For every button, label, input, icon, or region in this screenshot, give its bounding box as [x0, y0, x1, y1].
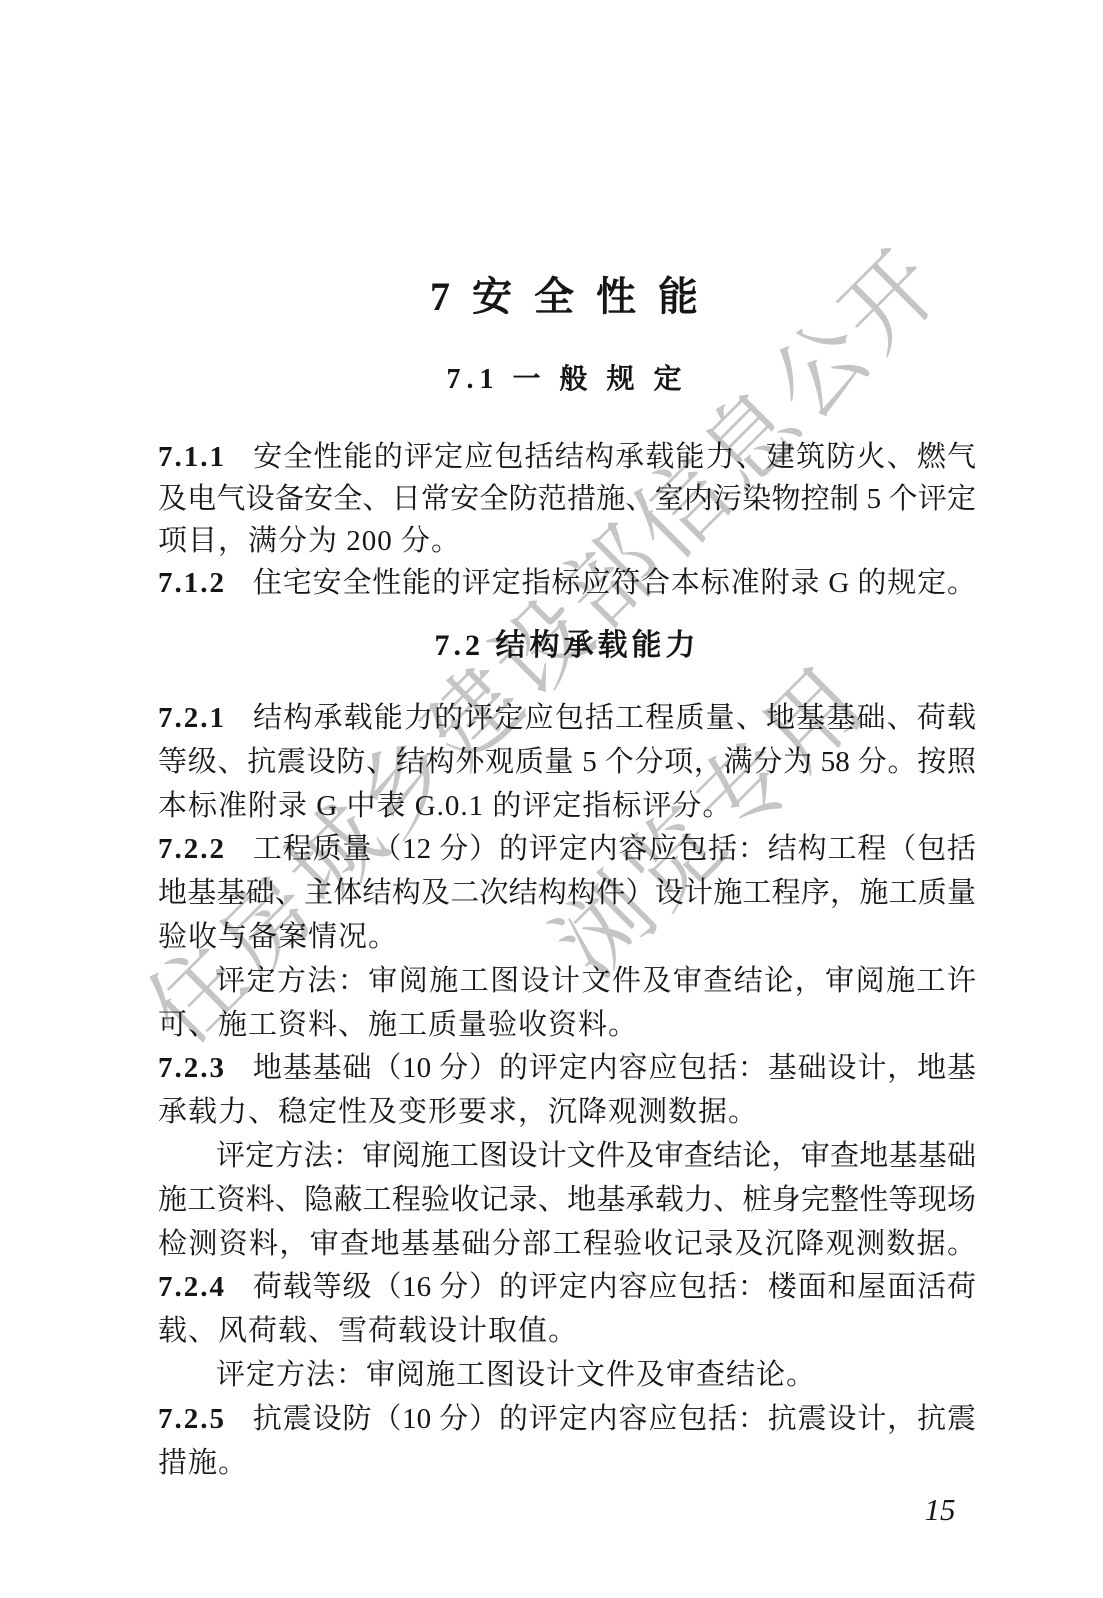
line-text: 施工资料、隐蔽工程验收记录、地基承载力、桩身完整性等现场 [158, 1184, 976, 1216]
clause-number: 7.2.1 [158, 702, 226, 734]
body-section-7-1: 7.1.1安全性能的评定应包括结构承载能力、建筑防火、燃气及电气设备安全、日常安… [158, 436, 976, 604]
text-line: 地基基础、主体结构及二次结构构件）设计施工程序，施工质量 [158, 872, 976, 916]
line-text: 检测资料，审查地基基础分部工程验收记录及沉降观测数据。 [158, 1228, 976, 1260]
clause-number: 7.1.1 [158, 441, 226, 473]
section-heading-7-2: 7.2 结构承载能力 [158, 627, 976, 665]
line-text: 评定方法：审阅施工图设计文件及审查结论。 [216, 1359, 816, 1391]
line-text: 工程质量（12 分）的评定内容应包括：结构工程（包括 [252, 833, 976, 865]
clause-line: 7.2.2工程质量（12 分）的评定内容应包括：结构工程（包括 [158, 828, 976, 872]
line-text: 及电气设备安全、日常安全防范措施、室内污染物控制 5 个评定 [158, 483, 976, 515]
text-line: 可、施工资料、施工质量验收资料。 [158, 1004, 976, 1048]
body-section-7-2: 7.2.1结构承载能力的评定应包括工程质量、地基基础、荷载等级、抗震设防、结构外… [158, 697, 976, 1485]
text-line: 检测资料，审查地基基础分部工程验收记录及沉降观测数据。 [158, 1223, 976, 1267]
text-line: 施工资料、隐蔽工程验收记录、地基承载力、桩身完整性等现场 [158, 1179, 976, 1223]
clause-number: 7.1.2 [158, 567, 226, 599]
clause-line: 7.1.1安全性能的评定应包括结构承载能力、建筑防火、燃气 [158, 436, 976, 478]
line-text: 措施。 [158, 1447, 248, 1479]
clause-number: 7.2.3 [158, 1052, 226, 1084]
line-text: 地基基础（10 分）的评定内容应包括：基础设计，地基 [252, 1052, 976, 1084]
clause-number: 7.2.2 [158, 833, 226, 865]
line-text: 验收与备案情况。 [158, 921, 398, 953]
line-text: 本标准附录 G 中表 G.0.1 的评定指标评分。 [158, 790, 732, 822]
clause-line: 7.1.2住宅安全性能的评定指标应符合本标准附录 G 的规定。 [158, 562, 976, 604]
line-text: 等级、抗震设防、结构外观质量 5 个分项，满分为 58 分。按照 [158, 746, 976, 778]
text-line: 评定方法：审阅施工图设计文件及审查结论。 [158, 1354, 976, 1398]
line-text: 安全性能的评定应包括结构承载能力、建筑防火、燃气 [252, 441, 976, 473]
clause-line: 7.2.5抗震设防（10 分）的评定内容应包括：抗震设计，抗震 [158, 1398, 976, 1442]
line-text: 住宅安全性能的评定指标应符合本标准附录 G 的规定。 [252, 567, 976, 599]
text-line: 措施。 [158, 1442, 976, 1486]
line-text: 承载力、稳定性及变形要求，沉降观测数据。 [158, 1096, 758, 1128]
clause-line: 7.2.3地基基础（10 分）的评定内容应包括：基础设计，地基 [158, 1047, 976, 1091]
clause-number: 7.2.5 [158, 1403, 226, 1435]
document-page: 住房城乡建设部信息公开 浏览专用 7 安 全 性 能 7.1 一 般 规 定 7… [0, 0, 1103, 1598]
page-number: 15 [900, 1492, 980, 1528]
line-text: 结构承载能力的评定应包括工程质量、地基基础、荷载 [252, 702, 976, 734]
text-line: 评定方法：审阅施工图设计文件及审查结论，审阅施工许 [158, 960, 976, 1004]
line-text: 载、风荷载、雪荷载设计取值。 [158, 1315, 578, 1347]
text-line: 评定方法：审阅施工图设计文件及审查结论，审查地基基础 [158, 1135, 976, 1179]
text-line: 项目，满分为 200 分。 [158, 520, 976, 562]
text-line: 验收与备案情况。 [158, 916, 976, 960]
text-line: 承载力、稳定性及变形要求，沉降观测数据。 [158, 1091, 976, 1135]
chapter-title: 7 安 全 性 能 [158, 272, 976, 322]
text-line: 本标准附录 G 中表 G.0.1 的评定指标评分。 [158, 785, 976, 829]
clause-line: 7.2.4荷载等级（16 分）的评定内容应包括：楼面和屋面活荷 [158, 1266, 976, 1310]
line-text: 抗震设防（10 分）的评定内容应包括：抗震设计，抗震 [252, 1403, 976, 1435]
section-heading-7-1: 7.1 一 般 规 定 [158, 362, 976, 398]
line-text: 评定方法：审阅施工图设计文件及审查结论，审查地基基础 [216, 1140, 976, 1172]
line-text: 地基基础、主体结构及二次结构构件）设计施工程序，施工质量 [158, 877, 976, 909]
line-text: 可、施工资料、施工质量验收资料。 [158, 1009, 638, 1041]
line-text: 评定方法：审阅施工图设计文件及审查结论，审阅施工许 [216, 965, 976, 997]
line-text: 荷载等级（16 分）的评定内容应包括：楼面和屋面活荷 [252, 1271, 976, 1303]
line-text: 项目，满分为 200 分。 [158, 525, 461, 557]
text-line: 及电气设备安全、日常安全防范措施、室内污染物控制 5 个评定 [158, 478, 976, 520]
text-line: 等级、抗震设防、结构外观质量 5 个分项，满分为 58 分。按照 [158, 741, 976, 785]
text-line: 载、风荷载、雪荷载设计取值。 [158, 1310, 976, 1354]
clause-line: 7.2.1结构承载能力的评定应包括工程质量、地基基础、荷载 [158, 697, 976, 741]
clause-number: 7.2.4 [158, 1271, 226, 1303]
